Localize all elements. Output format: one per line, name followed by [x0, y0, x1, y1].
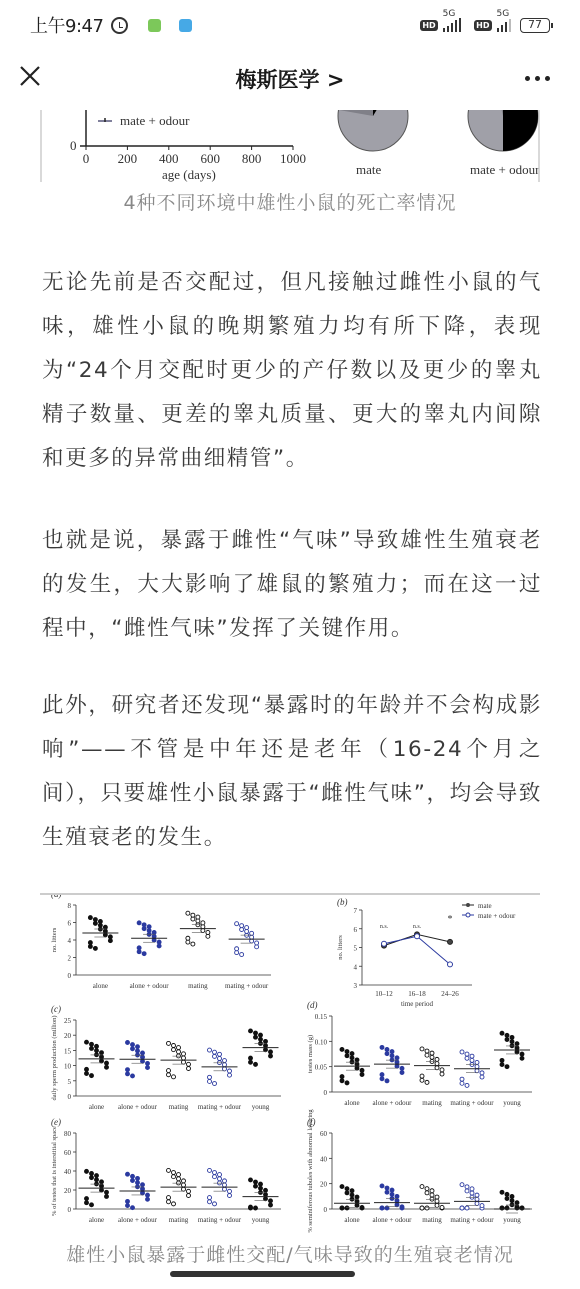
svg-text:3: 3: [354, 982, 358, 990]
svg-text:(d): (d): [307, 1000, 318, 1010]
svg-text:80: 80: [64, 1130, 72, 1138]
svg-text:6: 6: [68, 920, 72, 928]
svg-text:24–26: 24–26: [441, 990, 459, 998]
svg-text:20: 20: [64, 1032, 72, 1040]
svg-text:testes mass (g): testes mass (g): [307, 1035, 314, 1073]
svg-text:alone + odour: alone + odour: [130, 982, 170, 990]
reproductive-senescence-figure: (a)02468no. littersalonealone + odourmat…: [40, 893, 540, 1233]
svg-text:25: 25: [64, 1017, 72, 1025]
battery-icon: 77: [520, 18, 550, 33]
svg-text:mating + odour: mating + odour: [225, 982, 269, 990]
more-icon[interactable]: [525, 76, 550, 81]
mortality-figure: mate + odour 0 02004006008001000 age (da…: [40, 110, 560, 182]
svg-text:alone: alone: [344, 1216, 359, 1224]
figure1-caption: 4种不同环境中雄性小鼠的死亡率情况: [0, 188, 580, 215]
svg-text:% of testes that is interstiti: % of testes that is interstitial space: [51, 1126, 58, 1216]
svg-text:40: 40: [320, 1155, 328, 1163]
svg-text:n.s.: n.s.: [413, 924, 422, 930]
svg-text:4: 4: [354, 963, 358, 971]
svg-text:6: 6: [354, 926, 358, 934]
figure2-caption: 雄性小鼠暴露于雌性交配/气味导致的生殖衰老情况: [0, 1240, 580, 1267]
svg-text:0.05: 0.05: [315, 1064, 328, 1072]
svg-text:(c): (c): [51, 1004, 61, 1014]
svg-text:0.15: 0.15: [315, 1013, 328, 1021]
svg-text:600: 600: [200, 151, 220, 166]
svg-text:mating + odour: mating + odour: [450, 1216, 494, 1224]
svg-text:no. litters: no. litters: [51, 927, 58, 952]
alarm-icon: [111, 17, 128, 34]
svg-text:alone: alone: [93, 982, 108, 990]
pie-label-mate-odour: mate + odour: [470, 162, 540, 177]
svg-text:mating: mating: [169, 1103, 189, 1111]
svg-text:(e): (e): [51, 1117, 61, 1127]
status-bar: 上午9:47 HD 5G HD 5G 77: [0, 0, 580, 50]
svg-text:n.s.: n.s.: [380, 924, 389, 930]
message-app-icon: [179, 19, 192, 32]
svg-text:alone + odour: alone + odour: [373, 1099, 413, 1107]
svg-text:mating: mating: [188, 982, 208, 990]
svg-text:daily sperm production (millio: daily sperm production (million): [51, 1015, 58, 1100]
svg-text:mating: mating: [422, 1099, 442, 1107]
hd-icon: HD: [474, 20, 491, 31]
svg-text:16–18: 16–18: [408, 990, 426, 998]
article-paragraph: 无论先前是否交配过，但凡接触过雌性小鼠的气味，雄性小鼠的晚期繁殖力均有所下降，表…: [42, 261, 542, 481]
svg-text:20: 20: [64, 1187, 72, 1195]
svg-text:alone + odour: alone + odour: [118, 1103, 158, 1111]
svg-text:2: 2: [68, 955, 72, 963]
svg-text:0: 0: [68, 972, 72, 980]
svg-text:alone: alone: [89, 1103, 104, 1111]
svg-text:5: 5: [68, 1078, 72, 1086]
svg-text:young: young: [503, 1099, 521, 1107]
svg-text:400: 400: [159, 151, 179, 166]
svg-text:alone: alone: [344, 1099, 359, 1107]
home-indicator[interactable]: [170, 1271, 355, 1277]
svg-text:20: 20: [320, 1181, 328, 1189]
svg-text:15: 15: [64, 1047, 72, 1055]
svg-text:10–12: 10–12: [375, 990, 393, 998]
account-title-link[interactable]: 梅斯医学 >: [236, 64, 345, 94]
svg-text:0: 0: [324, 1089, 328, 1097]
status-time: 上午9:47: [30, 12, 103, 38]
svg-text:mate + odour: mate + odour: [478, 912, 516, 920]
svg-text:0: 0: [70, 138, 77, 153]
svg-text:0: 0: [68, 1206, 72, 1214]
close-icon[interactable]: [18, 64, 42, 88]
svg-text:alone + odour: alone + odour: [373, 1216, 413, 1224]
svg-text:10: 10: [64, 1063, 72, 1071]
svg-text:7: 7: [354, 907, 358, 915]
svg-text:% seminiferous tubules with ab: % seminiferous tubules with abnormal lay…: [307, 1109, 314, 1233]
hd-icon: HD: [420, 20, 437, 31]
svg-text:4: 4: [68, 937, 72, 945]
svg-text:0: 0: [324, 1206, 328, 1214]
svg-text:40: 40: [64, 1168, 72, 1176]
article-paragraph: 也就是说，暴露于雌性“气味”导致雄性生殖衰老的发生，大大影响了雄鼠的繁殖力；而在…: [42, 519, 542, 651]
legend-mate-odour: mate + odour: [120, 113, 190, 128]
svg-text:8: 8: [68, 902, 72, 910]
svg-text:mating: mating: [169, 1216, 189, 1224]
svg-text:no. litters: no. litters: [337, 935, 344, 960]
svg-text:mating + odour: mating + odour: [198, 1216, 242, 1224]
signal-icon: 5G: [443, 18, 462, 32]
svg-text:200: 200: [118, 151, 137, 166]
svg-text:5: 5: [354, 945, 358, 953]
svg-text:60: 60: [320, 1130, 328, 1138]
svg-text:0: 0: [83, 151, 90, 166]
svg-text:mating: mating: [422, 1216, 442, 1224]
svg-text:young: young: [252, 1216, 270, 1224]
svg-text:0.10: 0.10: [315, 1038, 328, 1046]
x-axis-label: age (days): [162, 167, 216, 182]
svg-text:60: 60: [64, 1149, 72, 1157]
wechat-app-icon: [148, 19, 161, 32]
svg-text:800: 800: [242, 151, 262, 166]
svg-text:0: 0: [68, 1093, 72, 1101]
svg-text:*: *: [448, 914, 453, 925]
svg-text:young: young: [252, 1103, 270, 1111]
svg-text:(b): (b): [337, 897, 348, 907]
svg-text:alone + odour: alone + odour: [118, 1216, 158, 1224]
article-paragraph: 此外，研究者还发现“暴露时的年龄并不会构成影响”——不管是中年还是老年（16-2…: [42, 684, 542, 860]
pie-label-mate: mate: [356, 162, 381, 177]
svg-text:mating + odour: mating + odour: [450, 1099, 494, 1107]
signal-icon: 5G: [497, 18, 512, 32]
svg-text:mate: mate: [478, 902, 492, 910]
nav-bar: 梅斯医学 >: [0, 50, 580, 108]
svg-text:mating + odour: mating + odour: [198, 1103, 242, 1111]
svg-text:young: young: [503, 1216, 521, 1224]
svg-text:alone: alone: [89, 1216, 104, 1224]
svg-text:time period: time period: [401, 1000, 434, 1008]
svg-text:1000: 1000: [280, 151, 306, 166]
